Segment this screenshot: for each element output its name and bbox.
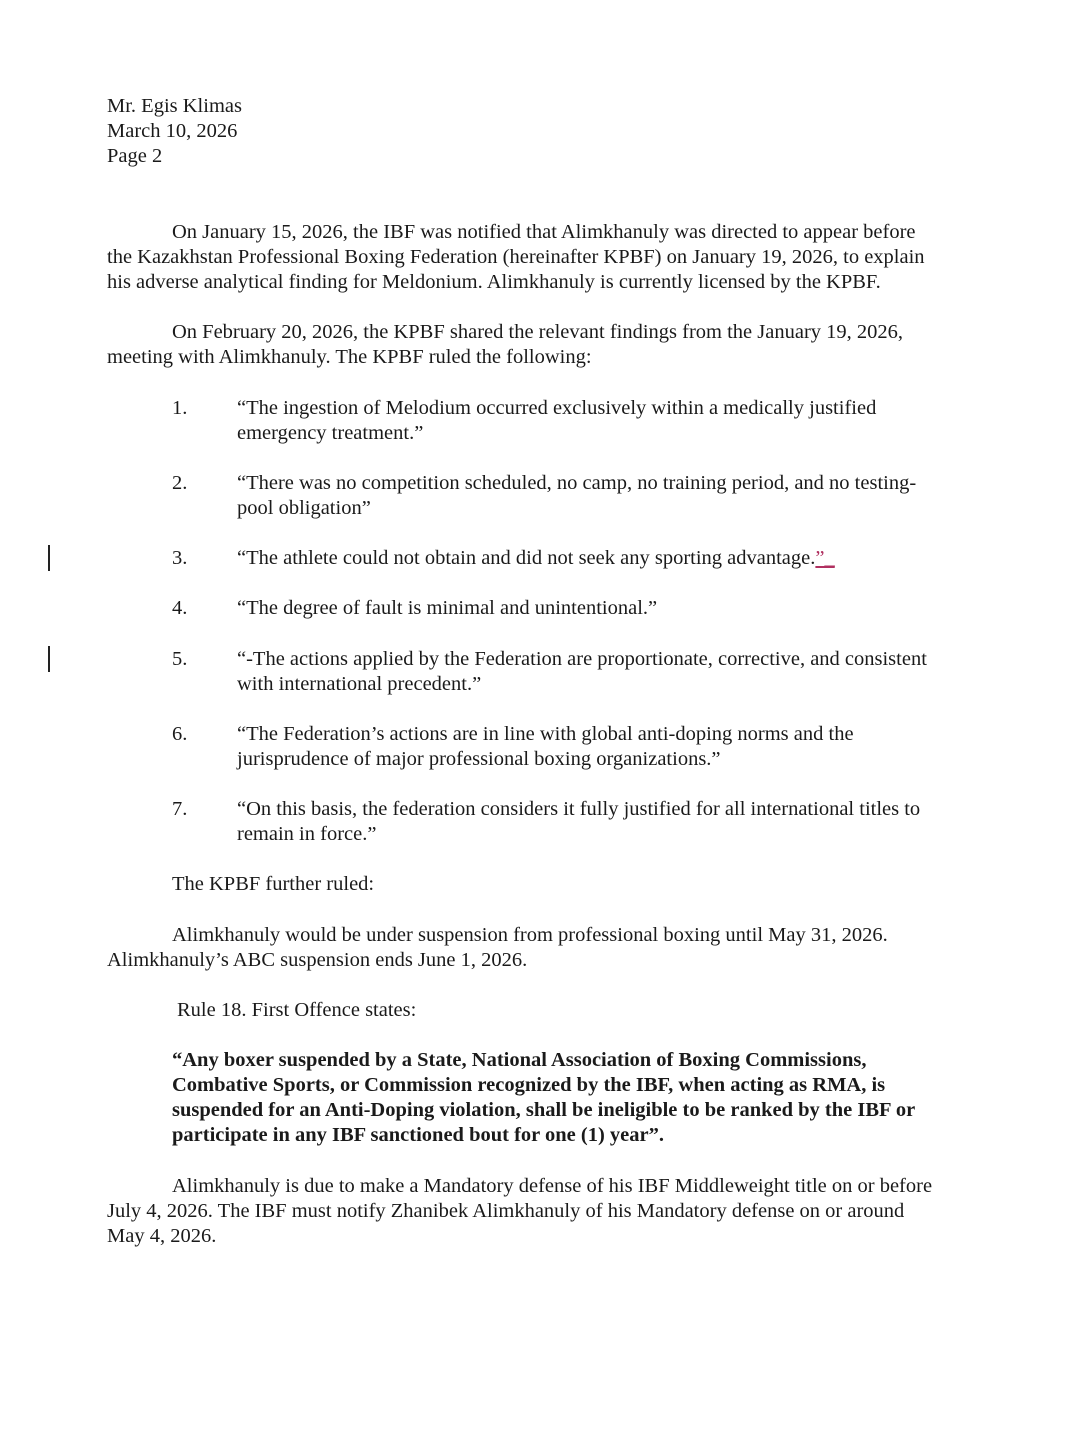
rule-quote: “Any boxer suspended by a State, Nationa… bbox=[172, 1048, 992, 1148]
text-line: suspended for an Anti-Doping violation, … bbox=[172, 1098, 992, 1123]
rule-heading: Rule 18. First Offence states: bbox=[107, 998, 987, 1023]
text-line: May 4, 2026. bbox=[107, 1224, 987, 1249]
item-number: 1. bbox=[172, 396, 212, 421]
text-line: “The ingestion of Melodium occurred excl… bbox=[237, 396, 997, 421]
text-line: On January 15, 2026, the IBF was notifie… bbox=[107, 220, 987, 245]
text-line: Combative Sports, or Commission recogniz… bbox=[172, 1073, 992, 1098]
paragraph-suspension: Alimkhanuly would be under suspension fr… bbox=[107, 923, 987, 973]
paragraph-notification: On January 15, 2026, the IBF was notifie… bbox=[107, 220, 987, 295]
text-line: the Kazakhstan Professional Boxing Feder… bbox=[107, 245, 987, 270]
text-line: with international precedent.” bbox=[237, 672, 997, 697]
text-line: Alimkhanuly would be under suspension fr… bbox=[107, 923, 987, 948]
text-line: Rule 18. First Offence states: bbox=[107, 998, 987, 1023]
text-line: emergency treatment.” bbox=[237, 421, 997, 446]
tracked-change-mark: ”_ bbox=[815, 547, 834, 569]
item-number: 4. bbox=[172, 596, 212, 621]
item-number: 6. bbox=[172, 722, 212, 747]
page-number: Page 2 bbox=[107, 144, 242, 169]
letter-header: Mr. Egis Klimas March 10, 2026 Page 2 bbox=[107, 94, 242, 169]
text-line: “The athlete could not obtain and did no… bbox=[237, 547, 815, 569]
item-number: 7. bbox=[172, 797, 212, 822]
revision-change-bar bbox=[48, 646, 50, 672]
text-line: “There was no competition scheduled, no … bbox=[237, 471, 997, 496]
text-line: On February 20, 2026, the KPBF shared th… bbox=[107, 320, 987, 345]
revision-change-bar bbox=[48, 545, 50, 571]
letter-date: March 10, 2026 bbox=[107, 119, 242, 144]
text-line: “-The actions applied by the Federation … bbox=[237, 647, 997, 672]
paragraph-findings-intro: On February 20, 2026, the KPBF shared th… bbox=[107, 320, 987, 370]
recipient-name: Mr. Egis Klimas bbox=[107, 94, 242, 119]
text-line: The KPBF further ruled: bbox=[107, 872, 987, 897]
further-ruled-heading: The KPBF further ruled: bbox=[107, 872, 987, 897]
text-line: “Any boxer suspended by a State, Nationa… bbox=[172, 1048, 992, 1073]
item-number: 2. bbox=[172, 471, 212, 496]
text-line: participate in any IBF sanctioned bout f… bbox=[172, 1123, 992, 1148]
text-line: pool obligation” bbox=[237, 496, 997, 521]
item-number: 5. bbox=[172, 647, 212, 672]
document-page: Mr. Egis Klimas March 10, 2026 Page 2 On… bbox=[0, 0, 1080, 1442]
paragraph-mandatory-defense: Alimkhanuly is due to make a Mandatory d… bbox=[107, 1174, 987, 1249]
text-line: jurisprudence of major professional boxi… bbox=[237, 747, 997, 772]
item-number: 3. bbox=[172, 546, 212, 571]
text-line: meeting with Alimkhanuly. The KPBF ruled… bbox=[107, 345, 987, 370]
text-line: “The degree of fault is minimal and unin… bbox=[237, 596, 997, 621]
text-line: “On this basis, the federation considers… bbox=[237, 797, 997, 822]
text-line: remain in force.” bbox=[237, 822, 997, 847]
text-line: “The Federation’s actions are in line wi… bbox=[237, 722, 997, 747]
text-line: July 4, 2026. The IBF must notify Zhanib… bbox=[107, 1199, 987, 1224]
text-line: Alimkhanuly’s ABC suspension ends June 1… bbox=[107, 948, 987, 973]
text-line: Alimkhanuly is due to make a Mandatory d… bbox=[107, 1174, 987, 1199]
text-line: his adverse analytical finding for Meldo… bbox=[107, 270, 987, 295]
